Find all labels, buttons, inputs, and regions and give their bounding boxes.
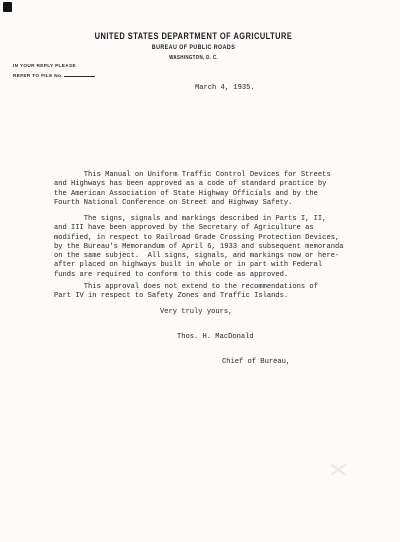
scan-smudge-x: ✕ bbox=[327, 458, 350, 483]
corner-scan-mark bbox=[3, 2, 12, 12]
body-paragraph-1: This Manual on Uniform Traffic Control D… bbox=[54, 171, 331, 208]
file-number-blank-line bbox=[64, 73, 95, 77]
date-line: March 4, 1935. bbox=[195, 84, 255, 93]
letter-page: UNITED STATES DEPARTMENT OF AGRICULTURE … bbox=[0, 0, 400, 542]
reply-note-line2-text: REFER TO FILE No. bbox=[13, 73, 63, 78]
body-paragraph-3: This approval does not extend to the rec… bbox=[54, 283, 318, 302]
reply-note-line2: REFER TO FILE No. bbox=[13, 73, 95, 78]
body-paragraph-2: The signs, signals and markings describe… bbox=[54, 215, 343, 280]
valediction: Very truly yours, bbox=[160, 308, 232, 317]
letterhead-city: WASHINGTON, D. C. bbox=[39, 55, 349, 61]
signature-name: Thos. H. MacDonald bbox=[177, 333, 254, 342]
signer-title: Chief of Bureau, bbox=[222, 358, 290, 367]
letterhead-bureau: BUREAU OF PUBLIC ROADS bbox=[29, 44, 358, 51]
reply-note-line1: IN YOUR REPLY PLEASE bbox=[13, 63, 76, 68]
letterhead-department: UNITED STATES DEPARTMENT OF AGRICULTURE bbox=[39, 31, 349, 41]
